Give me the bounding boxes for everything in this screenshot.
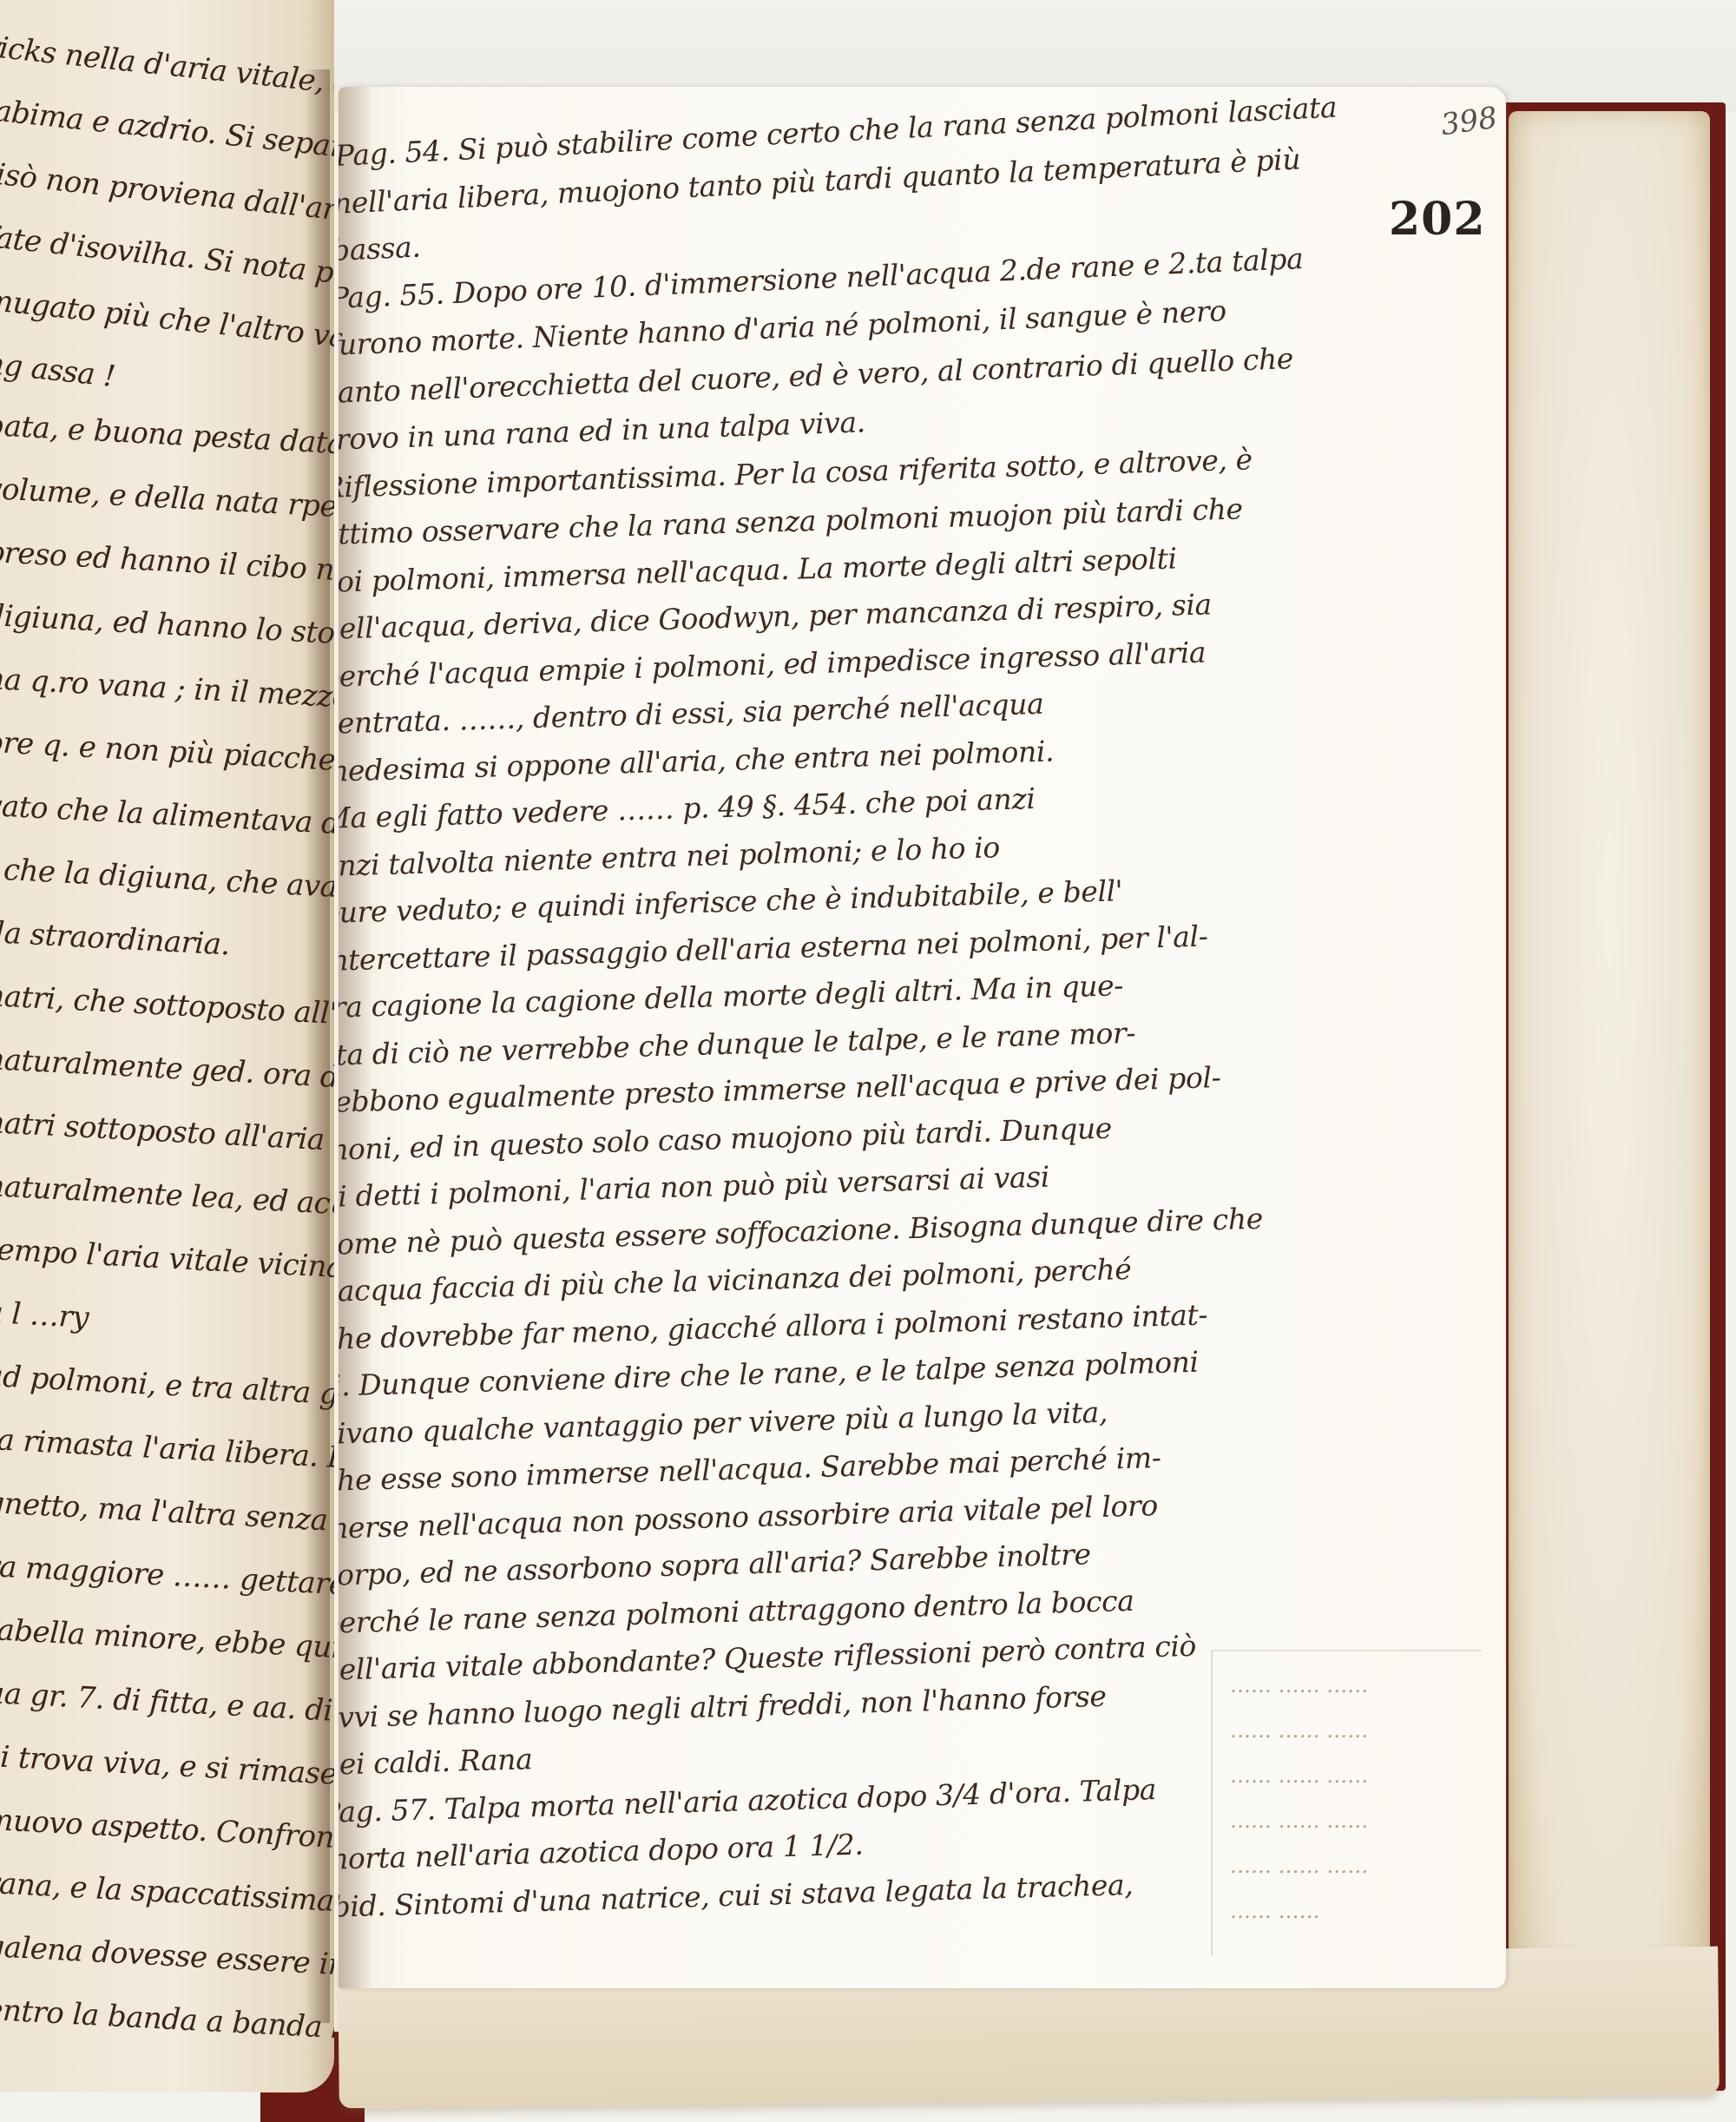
verso-page: …ricks nella d'aria vitale, e…labima e a… bbox=[0, 0, 334, 2092]
manuscript-line: vivano qualche vantaggio per vivere più … bbox=[339, 1394, 1108, 1450]
manuscript-line: l'acqua faccia di più che la vicinanza d… bbox=[339, 1252, 1132, 1308]
verso-manuscript-line: …naturalmente ged. ora della aria bbox=[0, 1040, 334, 1101]
manuscript-line: nei caldi. Rana bbox=[339, 1742, 533, 1782]
bleedthrough-line: …… …… …… bbox=[1230, 1809, 1368, 1833]
manuscript-line: intercettare il passaggio dell'aria este… bbox=[339, 919, 1208, 978]
verso-manuscript-line: …, che la digiuna, che ava il più bbox=[0, 850, 334, 909]
manuscript-line: coi polmoni, immersa nell'acqua. La mort… bbox=[339, 541, 1177, 599]
pencil-folio-number: 398 bbox=[1439, 101, 1500, 143]
verso-manuscript-line: …ad polmoni, e tra altra gi bbox=[0, 1357, 334, 1413]
verso-manuscript-line: e risò non proviena dall'aria bbox=[0, 153, 334, 230]
verso-manuscript-line: …fate d'isovilha. Si nota poi che bbox=[0, 216, 334, 300]
manuscript-line: ti. Dunque conviene dire che le rane, e … bbox=[339, 1345, 1199, 1403]
manuscript-line: l'entrata. ……, dentro di essi, sia perch… bbox=[339, 687, 1044, 741]
verso-manuscript-line: …bata, e buona pesta data rega bbox=[0, 406, 334, 465]
verso-manuscript-line: …tempo l'aria vitale vicina al bbox=[0, 1230, 334, 1287]
recto-page: 398 202 Pag. 54. Si può stabilire come c… bbox=[339, 87, 1506, 1988]
verso-manuscript-line: …si trova viva, e si rimase bbox=[0, 1737, 334, 1792]
stamped-folio-number: 202 bbox=[1389, 193, 1486, 246]
verso-manuscript-line: …labima e azdrio. Si separa bbox=[0, 89, 334, 167]
verso-manuscript-line: …galena dovesse essere infermi bbox=[0, 1928, 334, 1987]
verso-manuscript-line: …gnetto, ma l'altra senza bbox=[0, 1484, 328, 1538]
manuscript-line: Pag. 57. Talpa morta nell'aria azotica d… bbox=[339, 1772, 1157, 1829]
manuscript-line: perché l'acqua empie i polmoni, ed imped… bbox=[339, 635, 1207, 693]
verso-manuscript-line: …preso ed hanno il cibo nello gene bbox=[0, 533, 334, 595]
verso-manuscript-line: …a l …ry bbox=[0, 1294, 89, 1335]
verso-manuscript-line: …ore q. e non più piacche com bbox=[0, 723, 334, 781]
bleedthrough-line: …… …… …… bbox=[1230, 1718, 1368, 1743]
manuscript-line: bassa. bbox=[339, 230, 421, 267]
manuscript-line: perché le rane senza polmoni attraggono … bbox=[339, 1583, 1134, 1639]
manuscript-line: che esse sono immerse nell'acqua. Sarebb… bbox=[339, 1440, 1161, 1498]
verso-manuscript-line: …vato che la alimentava di fosse bbox=[0, 787, 334, 847]
manuscript-line: Ma egli fatto vedere …… p. 49 §. 454. ch… bbox=[339, 781, 1036, 835]
verso-manuscript-line: …ra maggiore …… gettare bbox=[0, 1547, 334, 1602]
verso-manuscript-line: …ta rimasta l'aria libera. Ecco bbox=[0, 1420, 334, 1479]
manuscript-line: dell'aria vitale abbondante? Queste rifl… bbox=[339, 1629, 1196, 1687]
manuscript-line: corpo, ed ne assorbono sopra all'aria? S… bbox=[339, 1537, 1091, 1592]
manuscript-line: nell'acqua, deriva, dice Goodwyn, per ma… bbox=[339, 587, 1212, 646]
verso-manuscript-line: …ua gr. 7. di fitta, e aa. di bbox=[0, 1674, 333, 1729]
verso-manuscript-line: …natri sottoposto all'aria vitale bbox=[0, 1104, 334, 1162]
manuscript-line: Ibid. Sintomi d'una natrice, cui si stav… bbox=[339, 1867, 1134, 1923]
manuscript-line: pure veduto; e quindi inferisce che è in… bbox=[339, 873, 1123, 930]
bleedthrough-line: …… …… bbox=[1230, 1899, 1320, 1923]
manuscript-line: avvi se hanno luogo negli altri freddi, … bbox=[339, 1678, 1107, 1734]
manuscript-line: trovo in una rana ed in una talpa viva. bbox=[339, 405, 865, 457]
gutter-shadow bbox=[304, 69, 330, 2023]
verso-manuscript-line: …rana, e la spaccatissima trache bbox=[0, 1864, 334, 1924]
manuscript-line: medesima si oppone all'aria, che entra n… bbox=[339, 734, 1055, 788]
verso-manuscript-line: …entro la banda a banda lungo bbox=[0, 1991, 334, 2049]
bleedthrough-line: …… …… …… bbox=[1230, 1763, 1368, 1788]
verso-manuscript-line: …naturalmente lea, ed acquista un bbox=[0, 1167, 334, 1229]
verso-manuscript-line: …ng assa ! bbox=[0, 343, 116, 394]
verso-manuscript-line: …volume, e della nata rpe. inde bbox=[0, 470, 334, 529]
manuscript-line: morta nell'aria azotica dopo ora 1 1/2. bbox=[339, 1828, 864, 1876]
bleedthrough-line: …… …… …… bbox=[1230, 1673, 1368, 1697]
manuscript-line: ai detti i polmoni, l'aria non può più v… bbox=[339, 1160, 1049, 1214]
verso-manuscript-line: …digiuna, ed hanno lo stomaco bbox=[0, 596, 334, 655]
bleedthrough-line: …… …… …… bbox=[1230, 1854, 1368, 1878]
verso-manuscript-line: …mugato più che l'altro vaspa bbox=[0, 280, 334, 360]
page-edge-stack bbox=[1509, 111, 1710, 2082]
manuscript-line: moni, ed in questo solo caso muojono più… bbox=[339, 1110, 1112, 1166]
manuscript-line: sta di ciò ne verrebbe che dunque le tal… bbox=[339, 1015, 1136, 1071]
manuscript-line: anzi talvolta niente entra nei polmoni; … bbox=[339, 830, 1000, 883]
verso-manuscript-line: …da straordinaria. bbox=[0, 913, 231, 962]
manuscript-line: che dovrebbe far meno, giacché allora i … bbox=[339, 1297, 1208, 1356]
manuscript-line: rebbono egualmente presto immerse nell'a… bbox=[339, 1060, 1221, 1119]
verso-manuscript-line: …natri, che sottoposto all'aria vitale bbox=[0, 977, 334, 1039]
verso-manuscript-line: …tabella minore, ebbe qui bbox=[0, 1611, 334, 1665]
verso-manuscript-line: …ricks nella d'aria vitale, e bbox=[0, 26, 334, 102]
verso-manuscript-line: …na q.ro vana ; in il mezzo bbox=[0, 660, 334, 715]
verso-manuscript-line: …muovo aspetto. Confronto tra bbox=[0, 1801, 334, 1860]
bleedthrough-region: …… …… ………… …… ………… …… ………… …… ………… …… ……… bbox=[1211, 1650, 1482, 1955]
manuscript-line: merse nell'acqua non possono assorbire a… bbox=[339, 1488, 1158, 1545]
manuscript-line: tra cagione la cagione della morte degli… bbox=[339, 968, 1123, 1025]
